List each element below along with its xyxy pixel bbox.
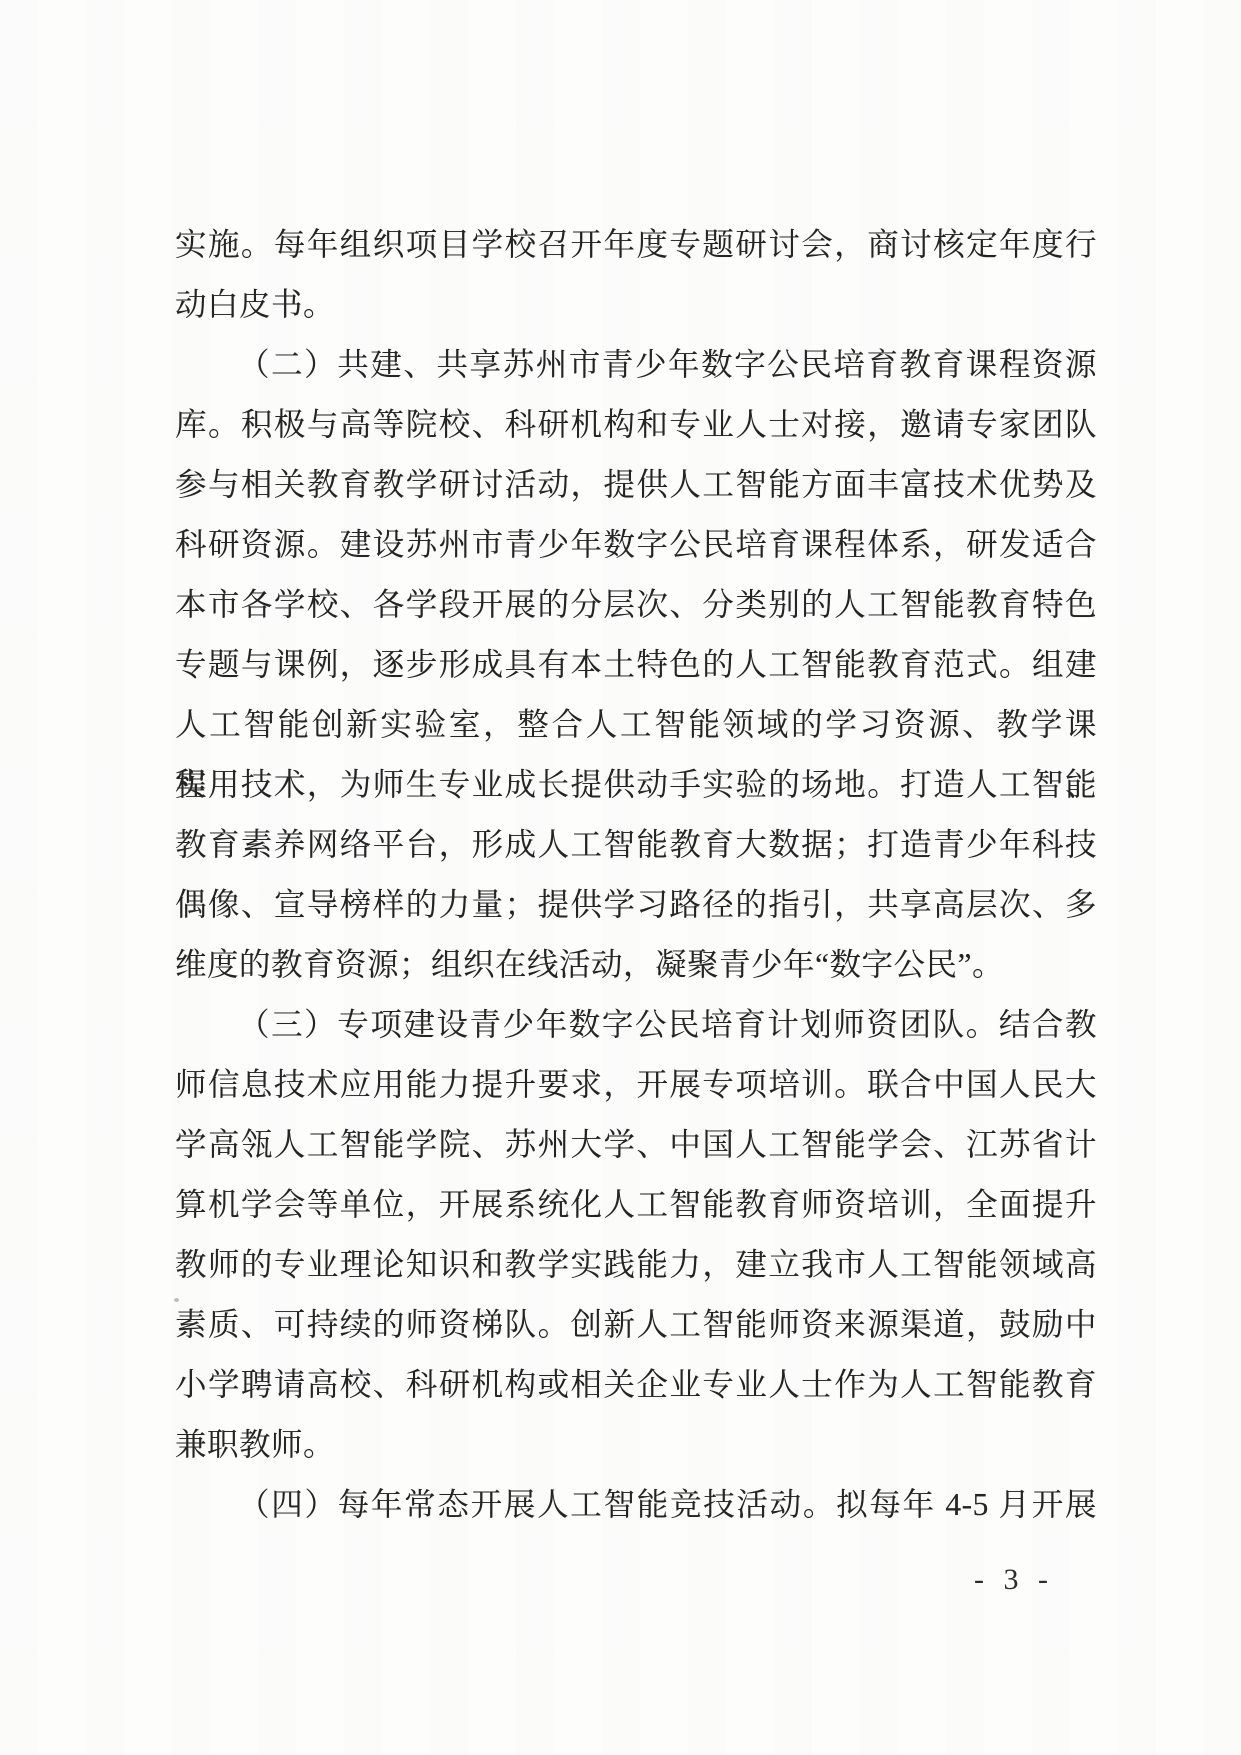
text-line: 人工智能创新实验室，整合人工智能领域的学习资源、教学课程、 [175,695,1097,755]
page-number: - 3 - [974,1560,1054,1600]
text-line: 参与相关教育教学研讨活动，提供人工智能方面丰富技术优势及 [175,455,1097,515]
text-line: 教育素养网络平台，形成人工智能教育大数据；打造青少年科技 [175,815,1097,875]
text-line: 动白皮书。 [175,275,1097,335]
text-line: 本市各学校、各学段开展的分层次、分类别的人工智能教育特色 [175,575,1097,635]
text-line: 师信息技术应用能力提升要求，开展专项培训。联合中国人民大 [175,1055,1097,1115]
text-line: 兼职教师。 [175,1415,1097,1475]
text-line: 专题与课例，逐步形成具有本土特色的人工智能教育范式。组建 [175,635,1097,695]
text-line: 偶像、宣导榜样的力量；提供学习路径的指引，共享高层次、多 [175,875,1097,935]
text-line: 库。积极与高等院校、科研机构和专业人士对接，邀请专家团队 [175,395,1097,455]
text-line: （四）每年常态开展人工智能竞技活动。拟每年 4-5 月开展 [175,1475,1097,1535]
document-body: 实施。每年组织项目学校召开年度专题研讨会，商讨核定年度行 动白皮书。 （二）共建… [175,215,1097,1535]
text-line: 素质、可持续的师资梯队。创新人工智能师资来源渠道，鼓励中 [175,1295,1097,1355]
text-line: 小学聘请高校、科研机构或相关企业专业人士作为人工智能教育 [175,1355,1097,1415]
text-line: 学高瓴人工智能学院、苏州大学、中国人工智能学会、江苏省计 [175,1115,1097,1175]
text-line: 实施。每年组织项目学校召开年度专题研讨会，商讨核定年度行 [175,215,1097,275]
text-line: 实用技术，为师生专业成长提供动手实验的场地。打造人工智能 [175,755,1097,815]
text-line: 维度的教育资源；组织在线活动，凝聚青少年“数字公民”。 [175,935,1097,995]
text-line: 教师的专业理论知识和教学实践能力，建立我市人工智能领域高 [175,1235,1097,1295]
text-line: 算机学会等单位，开展系统化人工智能教育师资培训，全面提升 [175,1175,1097,1235]
text-line: （三）专项建设青少年数字公民培育计划师资团队。结合教 [175,995,1097,1055]
document-page: 实施。每年组织项目学校召开年度专题研讨会，商讨核定年度行 动白皮书。 （二）共建… [0,0,1241,1755]
text-line: （二）共建、共享苏州市青少年数字公民培育教育课程资源 [175,335,1097,395]
text-line: 科研资源。建设苏州市青少年数字公民培育课程体系，研发适合 [175,515,1097,575]
